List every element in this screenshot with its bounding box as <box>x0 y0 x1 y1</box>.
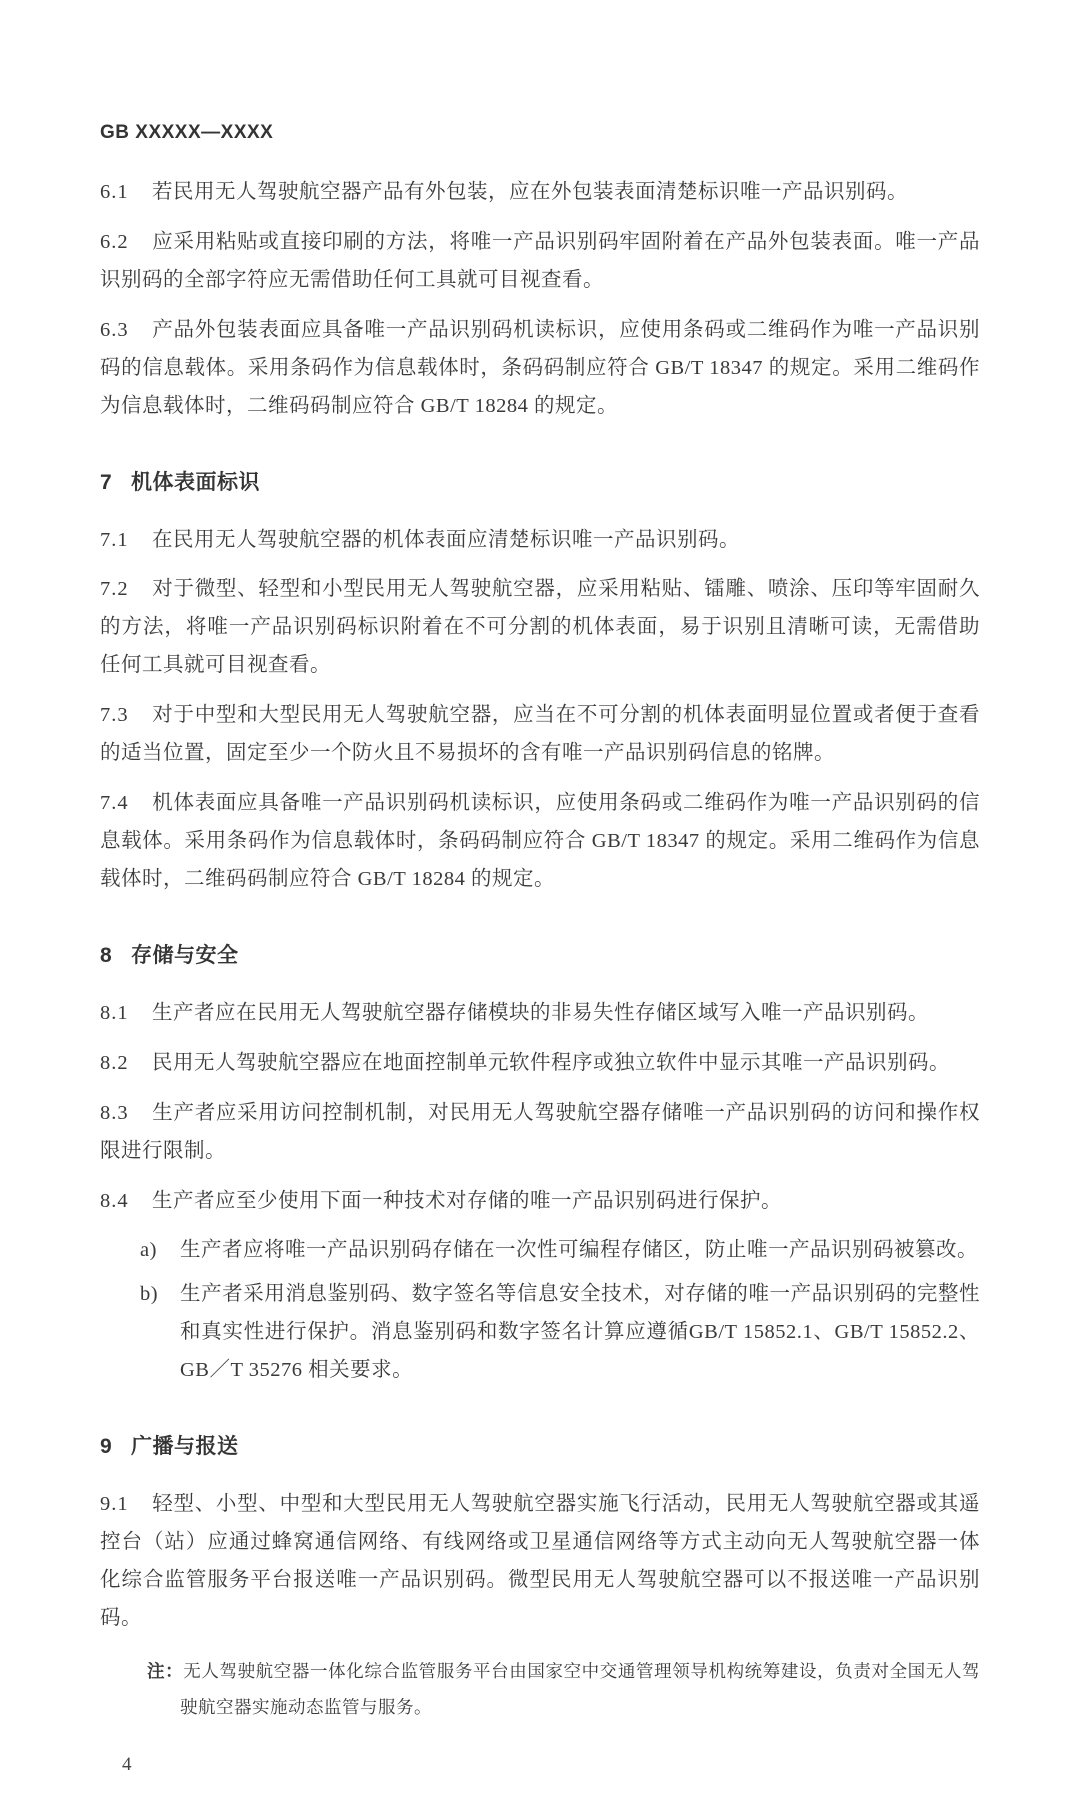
section-number: 8 <box>100 944 131 968</box>
clause-number: 8.1 <box>100 995 152 1033</box>
section-heading-8: 8存储与安全 <box>100 939 980 969</box>
clause-text: 机体表面应具备唯一产品识别码机读标识，应使用条码或二维码作为唯一产品识别码的信息… <box>100 792 980 890</box>
list-item-a: a)生产者应将唯一产品识别码存储在一次性可编程存储区，防止唯一产品识别码被篡改。 <box>100 1232 980 1270</box>
clause-number: 6.1 <box>100 174 152 212</box>
page-number: 4 <box>122 1754 980 1776</box>
clause-8-1: 8.1生产者应在民用无人驾驶航空器存储模块的非易失性存储区域写入唯一产品识别码。 <box>100 995 980 1033</box>
section-heading-9: 9广播与报送 <box>100 1430 980 1460</box>
clause-text: 对于中型和大型民用无人驾驶航空器，应当在不可分割的机体表面明显位置或者便于查看的… <box>100 704 980 764</box>
clause-number: 6.3 <box>100 312 152 350</box>
list-item-text: 生产者应将唯一产品识别码存储在一次性可编程存储区，防止唯一产品识别码被篡改。 <box>180 1239 978 1261</box>
clause-8-3: 8.3生产者应采用访问控制机制，对民用无人驾驶航空器存储唯一产品识别码的访问和操… <box>100 1095 980 1171</box>
note-block: 注：无人驾驶航空器一体化综合监管服务平台由国家空中交通管理领导机构统筹建设，负责… <box>100 1654 980 1726</box>
clause-7-3: 7.3对于中型和大型民用无人驾驶航空器，应当在不可分割的机体表面明显位置或者便于… <box>100 697 980 773</box>
clause-number: 8.3 <box>100 1095 152 1133</box>
clause-text: 应采用粘贴或直接印刷的方法，将唯一产品识别码牢固附着在产品外包装表面。唯一产品识… <box>100 231 980 291</box>
clause-text: 若民用无人驾驶航空器产品有外包装，应在外包装表面清楚标识唯一产品识别码。 <box>152 181 908 203</box>
clause-text: 轻型、小型、中型和大型民用无人驾驶航空器实施飞行活动，民用无人驾驶航空器或其遥控… <box>100 1493 980 1629</box>
clause-text: 民用无人驾驶航空器应在地面控制单元软件程序或独立软件中显示其唯一产品识别码。 <box>152 1052 950 1074</box>
note-text: 无人驾驶航空器一体化综合监管服务平台由国家空中交通管理领导机构统筹建设，负责对全… <box>180 1661 980 1717</box>
clause-text: 产品外包装表面应具备唯一产品识别码机读标识，应使用条码或二维码作为唯一产品识别码… <box>100 319 980 417</box>
clause-number: 7.2 <box>100 571 152 609</box>
clause-8-2: 8.2民用无人驾驶航空器应在地面控制单元软件程序或独立软件中显示其唯一产品识别码… <box>100 1045 980 1083</box>
document-page: GB XXXXX—XXXX 6.1若民用无人驾驶航空器产品有外包装，应在外包装表… <box>0 0 1080 1816</box>
clause-number: 7.4 <box>100 785 152 823</box>
clause-text: 生产者应采用访问控制机制，对民用无人驾驶航空器存储唯一产品识别码的访问和操作权限… <box>100 1102 980 1162</box>
clause-number: 6.2 <box>100 224 152 262</box>
clause-number: 9.1 <box>100 1486 152 1524</box>
note-label: 注： <box>147 1661 183 1681</box>
clause-6-3: 6.3产品外包装表面应具备唯一产品识别码机读标识，应使用条码或二维码作为唯一产品… <box>100 312 980 426</box>
section-title: 存储与安全 <box>131 944 239 967</box>
clause-text: 在民用无人驾驶航空器的机体表面应清楚标识唯一产品识别码。 <box>152 529 740 551</box>
clause-number: 7.3 <box>100 697 152 735</box>
clause-number: 8.4 <box>100 1183 152 1221</box>
clause-6-1: 6.1若民用无人驾驶航空器产品有外包装，应在外包装表面清楚标识唯一产品识别码。 <box>100 174 980 212</box>
clause-8-4: 8.4生产者应至少使用下面一种技术对存储的唯一产品识别码进行保护。 <box>100 1183 980 1221</box>
clause-7-4: 7.4机体表面应具备唯一产品识别码机读标识，应使用条码或二维码作为唯一产品识别码… <box>100 785 980 899</box>
clause-text: 生产者应至少使用下面一种技术对存储的唯一产品识别码进行保护。 <box>152 1190 782 1212</box>
clause-text: 生产者应在民用无人驾驶航空器存储模块的非易失性存储区域写入唯一产品识别码。 <box>152 1002 929 1024</box>
clause-number: 7.1 <box>100 522 152 560</box>
clause-text: 对于微型、轻型和小型民用无人驾驶航空器，应采用粘贴、镭雕、喷涂、压印等牢固耐久的… <box>100 578 980 676</box>
section-number: 9 <box>100 1435 131 1459</box>
list-item-marker: b) <box>140 1276 180 1314</box>
clause-9-1: 9.1轻型、小型、中型和大型民用无人驾驶航空器实施飞行活动，民用无人驾驶航空器或… <box>100 1486 980 1638</box>
clause-number: 8.2 <box>100 1045 152 1083</box>
section-title: 广播与报送 <box>131 1435 239 1458</box>
clause-7-1: 7.1在民用无人驾驶航空器的机体表面应清楚标识唯一产品识别码。 <box>100 522 980 560</box>
section-number: 7 <box>100 471 131 495</box>
list-item-text: 生产者采用消息鉴别码、数字签名等信息安全技术，对存储的唯一产品识别码的完整性和真… <box>180 1283 980 1381</box>
list-item-b: b)生产者采用消息鉴别码、数字签名等信息安全技术，对存储的唯一产品识别码的完整性… <box>100 1276 980 1390</box>
section-heading-7: 7机体表面标识 <box>100 466 980 496</box>
section-title: 机体表面标识 <box>131 471 260 494</box>
list-item-marker: a) <box>140 1232 180 1270</box>
clause-7-2: 7.2对于微型、轻型和小型民用无人驾驶航空器，应采用粘贴、镭雕、喷涂、压印等牢固… <box>100 571 980 685</box>
standard-number-header: GB XXXXX—XXXX <box>100 122 980 144</box>
clause-6-2: 6.2应采用粘贴或直接印刷的方法，将唯一产品识别码牢固附着在产品外包装表面。唯一… <box>100 224 980 300</box>
